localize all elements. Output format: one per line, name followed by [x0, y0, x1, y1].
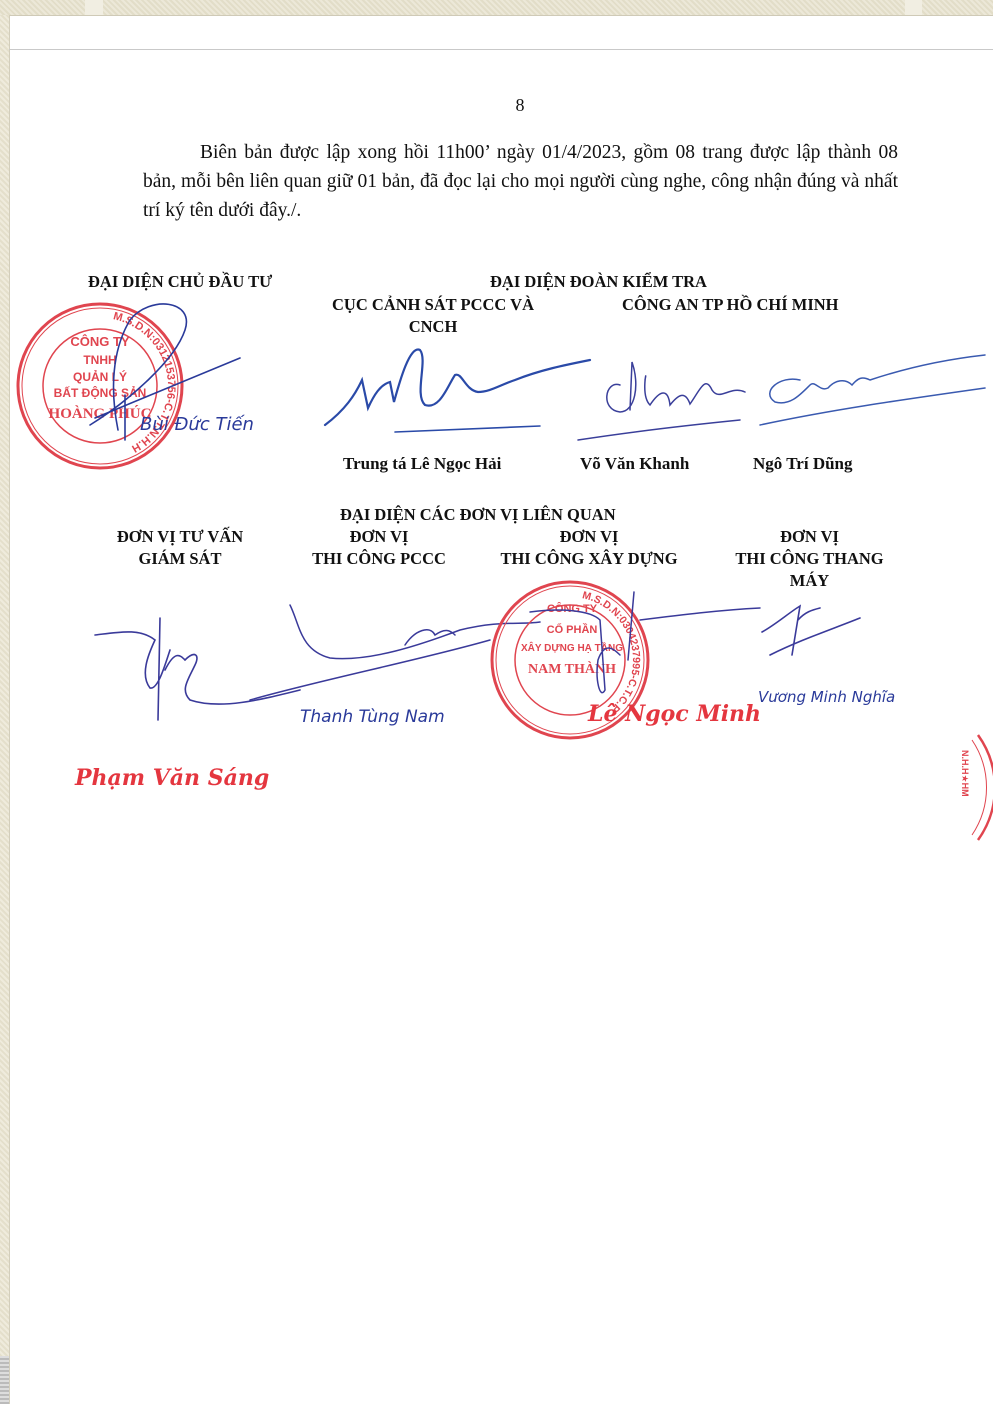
signature-supervision [95, 618, 300, 720]
handwritten-name: Thanh Tùng Nam [300, 707, 445, 727]
signature-vo-van-khanh [578, 362, 745, 440]
stamp-line: TNHH [83, 353, 116, 367]
signer-name: Ngô Trí Dũng [753, 454, 853, 474]
stamp-ring-text: N.H.H★HM [960, 750, 970, 797]
stamp-ring-text: M.S.D.N:0304237995-C.T.C.P [581, 589, 642, 714]
unit-line: GIÁM SÁT [100, 548, 260, 570]
stamp-line: CÔNG TY [547, 602, 598, 615]
stamp-line: CÔNG TY [70, 334, 130, 349]
signer-name-stamped: Phạm Văn Sáng [74, 765, 269, 791]
signature-fire-construction: Thanh Tùng Nam [250, 605, 540, 727]
unit-heading-construction: ĐƠN VỊ THI CÔNG XÂY DỰNG [484, 526, 694, 570]
stamp-line: BẤT ĐỘNG SẢN [54, 385, 147, 400]
unit-line: ĐƠN VỊ TƯ VẤN [100, 526, 260, 548]
police-dept-line1: CỤC CẢNH SÁT PCCC VÀ [318, 294, 548, 316]
signature-elevator: Vương Minh Nghĩa [758, 606, 895, 706]
police-dept-heading: CỤC CẢNH SÁT PCCC VÀ CNCH [318, 294, 548, 338]
inspection-heading: ĐẠI DIỆN ĐOÀN KIỂM TRA [490, 271, 707, 293]
unit-line: THI CÔNG THANG [722, 548, 897, 570]
stamp-line: HOÀNG PHÚC [49, 405, 152, 422]
svg-text:M.S.D.N:0304237995-C.T.C.P: M.S.D.N:0304237995-C.T.C.P [581, 589, 642, 714]
scanner-edge-left [0, 15, 10, 1404]
unit-heading-fire: ĐƠN VỊ THI CÔNG PCCC [295, 526, 463, 570]
handwritten-name: Bùi Đức Tiến [140, 414, 254, 435]
signer-name-stamped: Lê Ngọc Minh [587, 701, 761, 727]
stamp-line: NAM THÀNH [528, 660, 616, 677]
partial-stamp-edge: N.H.H★HM [960, 735, 993, 840]
stamp-ring-text: M.S.D.N:0312153756-C.T.T.N.H.H [112, 310, 177, 454]
signer-name: Trung tá Lê Ngọc Hải [343, 454, 501, 474]
company-stamp-hoang-phuc: M.S.D.N:0312153756-C.T.T.N.H.H CÔNG TY T… [18, 304, 182, 468]
stamp-line: CỔ PHẦN [547, 623, 598, 636]
svg-text:M.S.D.N:0312153756-C.T.T.N.H.H: M.S.D.N:0312153756-C.T.T.N.H.H [112, 310, 177, 454]
police-dept-line2: CNCH [318, 316, 548, 338]
handwritten-name: Vương Minh Nghĩa [758, 688, 895, 706]
scanner-mark [0, 1356, 9, 1404]
related-units-heading: ĐẠI DIỆN CÁC ĐƠN VỊ LIÊN QUAN [340, 504, 616, 526]
unit-line: ĐƠN VỊ [722, 526, 897, 548]
page-number: 8 [0, 95, 993, 116]
stamp-line: XÂY DỰNG HẠ TẦNG [521, 641, 623, 654]
unit-line: THI CÔNG XÂY DỰNG [484, 548, 694, 570]
scanner-edge-top [0, 0, 993, 16]
closing-paragraph-text: Biên bản được lập xong hồi 11h00’ ngày 0… [143, 142, 898, 221]
scanner-tab [905, 0, 922, 15]
unit-line: THI CÔNG PCCC [295, 548, 463, 570]
scanner-tab [85, 0, 103, 15]
city-police-heading: CÔNG AN TP HỒ CHÍ MINH [622, 294, 839, 316]
signer-name: Võ Văn Khanh [580, 454, 689, 474]
unit-line: MÁY [722, 570, 897, 592]
stamp-line: QUẢN LÝ [73, 369, 127, 384]
scan-line [9, 49, 993, 50]
closing-paragraph: Biên bản được lập xong hồi 11h00’ ngày 0… [143, 138, 898, 225]
signature-ngo-tri-dung [760, 355, 985, 425]
unit-line: ĐƠN VỊ [295, 526, 463, 548]
unit-heading-supervision: ĐƠN VỊ TƯ VẤN GIÁM SÁT [100, 526, 260, 570]
unit-heading-elevator: ĐƠN VỊ THI CÔNG THANG MÁY [722, 526, 897, 592]
unit-line: ĐƠN VỊ [484, 526, 694, 548]
company-stamp-nam-thanh: M.S.D.N:0304237995-C.T.C.P CÔNG TY CỔ PH… [492, 582, 648, 738]
investor-heading: ĐẠI DIỆN CHỦ ĐẦU TƯ [88, 271, 272, 293]
signature-construction [530, 592, 760, 693]
investor-signature: Bùi Đức Tiến [90, 304, 254, 440]
signature-le-ngoc-hai [325, 350, 590, 432]
